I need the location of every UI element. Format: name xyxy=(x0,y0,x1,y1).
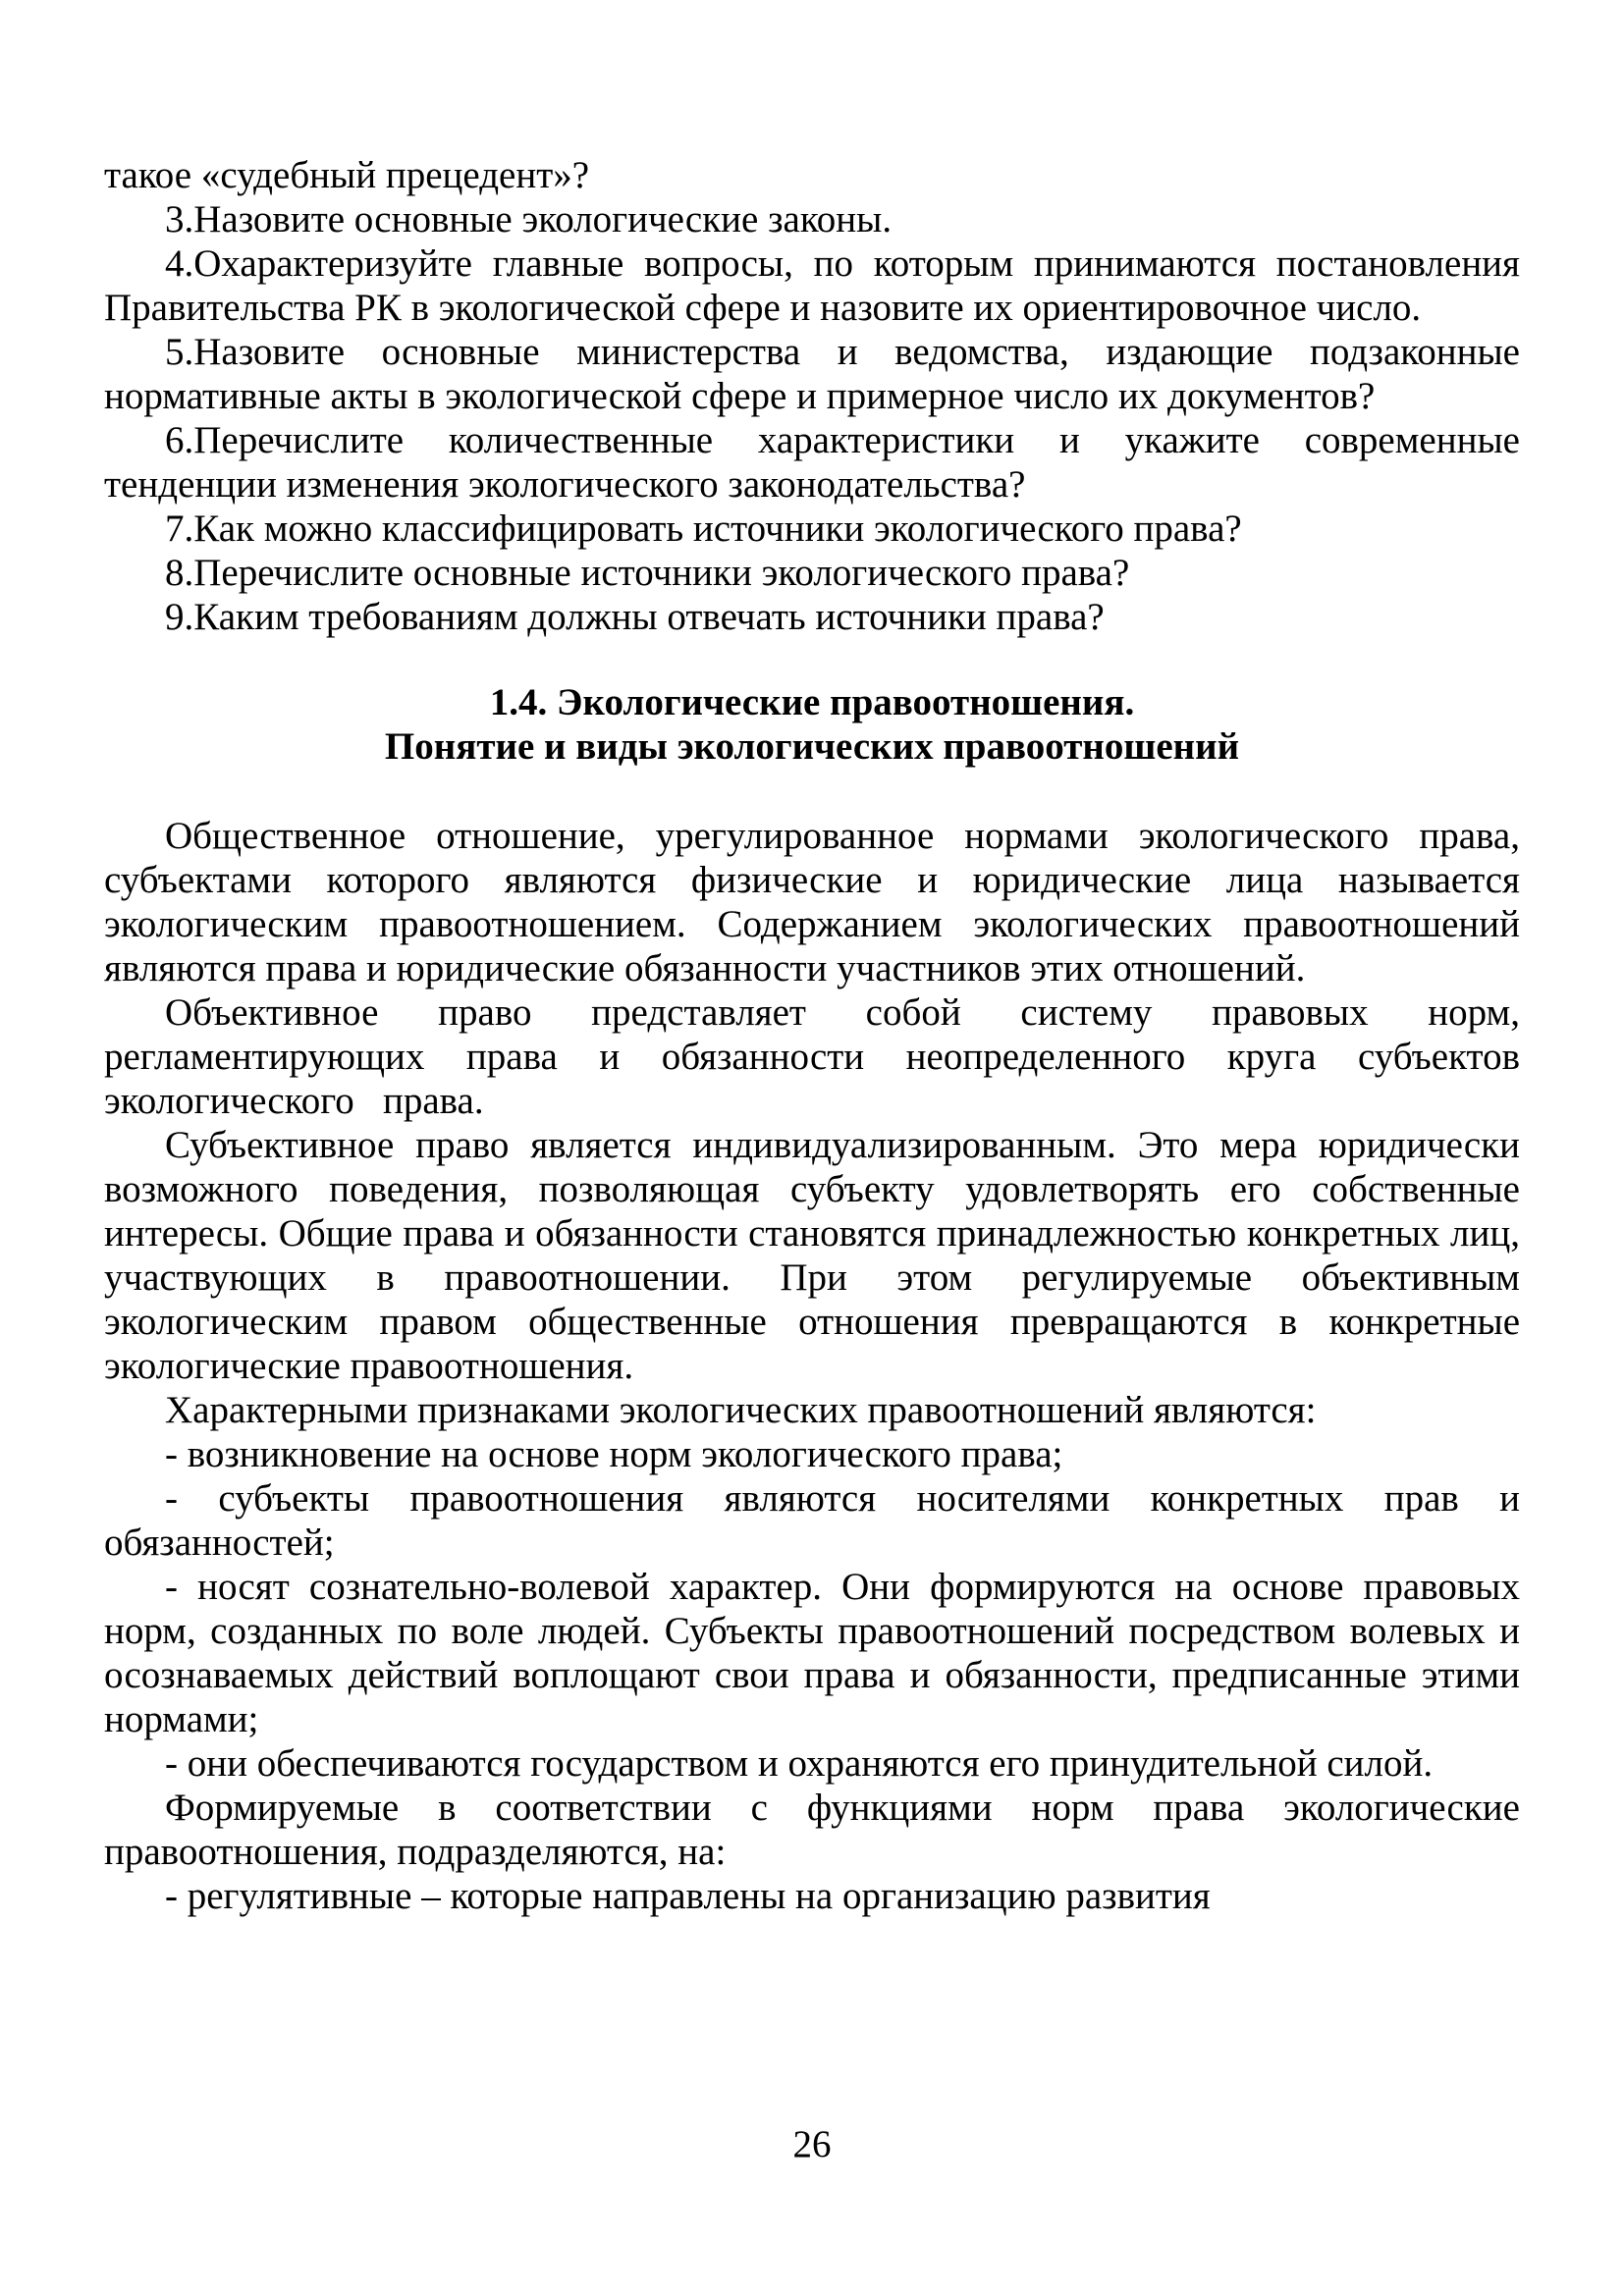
page-number: 26 xyxy=(0,2122,1624,2166)
section-heading: 1.4. Экологические правоотношения. Понят… xyxy=(104,680,1520,769)
question-6: 6.Перечислите количественные характерист… xyxy=(104,418,1520,507)
list-item-2: - субъекты правоотношения являются носит… xyxy=(104,1476,1520,1565)
question-8: 8.Перечислите основные источники экологи… xyxy=(104,551,1520,595)
body-paragraph-5: Формируемые в соответствии с функциями н… xyxy=(104,1786,1520,1874)
body-paragraph-3: Субъективное право является индивидуализ… xyxy=(104,1123,1520,1388)
question-5: 5.Назовите основные министерства и ведом… xyxy=(104,330,1520,418)
question-9: 9.Каким требованиям должны отвечать исто… xyxy=(104,595,1520,639)
list-item-1: - возникновение на основе норм экологиче… xyxy=(104,1432,1520,1476)
document-page: такое «судебный прецедент»? 3.Назовите о… xyxy=(0,0,1624,2296)
body-paragraph-2: Объективное право представляет собой сис… xyxy=(104,990,1520,1123)
body-paragraph-1: Общественное отношение, урегулированное … xyxy=(104,814,1520,990)
text-block: такое «судебный прецедент»? 3.Назовите о… xyxy=(104,153,1520,1918)
question-7: 7.Как можно классифицировать источники э… xyxy=(104,507,1520,551)
list-item-4: - они обеспечиваются государством и охра… xyxy=(104,1741,1520,1786)
question-4: 4.Охарактеризуйте главные вопросы, по ко… xyxy=(104,241,1520,330)
list-item-5: - регулятивные – которые направлены на о… xyxy=(104,1874,1520,1918)
question-3: 3.Назовите основные экологические законы… xyxy=(104,197,1520,241)
list-item-3: - носят сознательно-волевой характер. Он… xyxy=(104,1565,1520,1741)
section-heading-line2: Понятие и виды экологических правоотноше… xyxy=(104,724,1520,769)
paragraph-continuation: такое «судебный прецедент»? xyxy=(104,153,1520,197)
body-paragraph-4: Характерными признаками экологических пр… xyxy=(104,1388,1520,1432)
section-heading-line1: 1.4. Экологические правоотношения. xyxy=(104,680,1520,724)
